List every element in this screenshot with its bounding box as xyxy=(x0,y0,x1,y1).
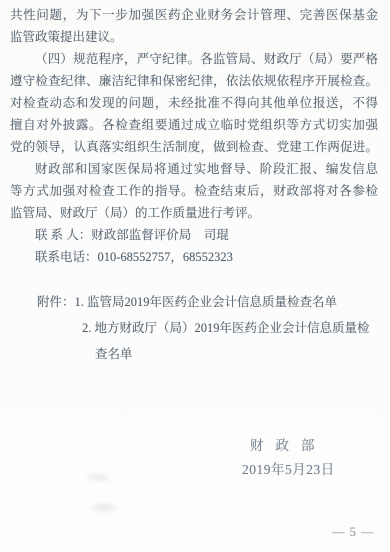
body-line: 监管政策提出建议。 xyxy=(10,26,378,48)
body-line: 擅自对外披露。各检查组要通过成立临时党组织等方式切实加强 xyxy=(10,114,378,136)
attachment-list: 附件：1. 监管局2019年医药企业会计信息质量检查名单 2. 地方财政厅（局）… xyxy=(10,289,386,367)
contact-person-line: 联 系 人：财政部监督评价局 司琨 xyxy=(10,224,378,246)
attachment-line: 附件：1. 监管局2019年医药企业会计信息质量检查名单 xyxy=(10,289,386,315)
scan-artifact xyxy=(92,503,116,512)
document-page: 共性问题，为下一步加强医药企业财务会计管理、完善医保基金 监管政策提出建议。 （… xyxy=(0,0,390,552)
body-line: 对检查动态和发现的问题，未经批准不得向其他单位报送，不得 xyxy=(10,92,378,114)
page-number: — 5 — xyxy=(332,525,375,540)
contact-phone-line: 联系电话：010-68552757，68552323 xyxy=(10,246,378,268)
attachment-line: 查名单 xyxy=(10,341,386,367)
attachment-line: 2. 地方财政厅（局）2019年医药企业会计信息质量检 xyxy=(10,315,386,341)
body-line: 共性问题，为下一步加强医药企业财务会计管理、完善医保基金 xyxy=(10,4,378,26)
issue-date: 2019年5月23日 xyxy=(242,458,335,478)
body-line: 遵守检查纪律、廉洁纪律和保密纪律，依法依规依程序开展检查。 xyxy=(10,70,378,92)
body-line: 监管局、财政厅（局）的工作质量进行考评。 xyxy=(10,202,378,224)
issuer-signature: 财政部 xyxy=(250,434,327,454)
body-line: （四）规范程序，严守纪律。各监管局、财政厅（局）要严格 xyxy=(10,48,378,70)
body-line: 财政部和国家医保局将通过实地督导、阶段汇报、编发信息 xyxy=(10,158,378,180)
scan-artifact xyxy=(88,474,108,481)
body-line: 党的领导，认真落实组织生活制度，做到检查、党建工作两促进。 xyxy=(10,136,378,158)
body-line: 等方式加强对检查工作的指导。检查结束后，财政部将对各参检 xyxy=(10,180,378,202)
body-text-block: 共性问题，为下一步加强医药企业财务会计管理、完善医保基金 监管政策提出建议。 （… xyxy=(10,4,378,268)
